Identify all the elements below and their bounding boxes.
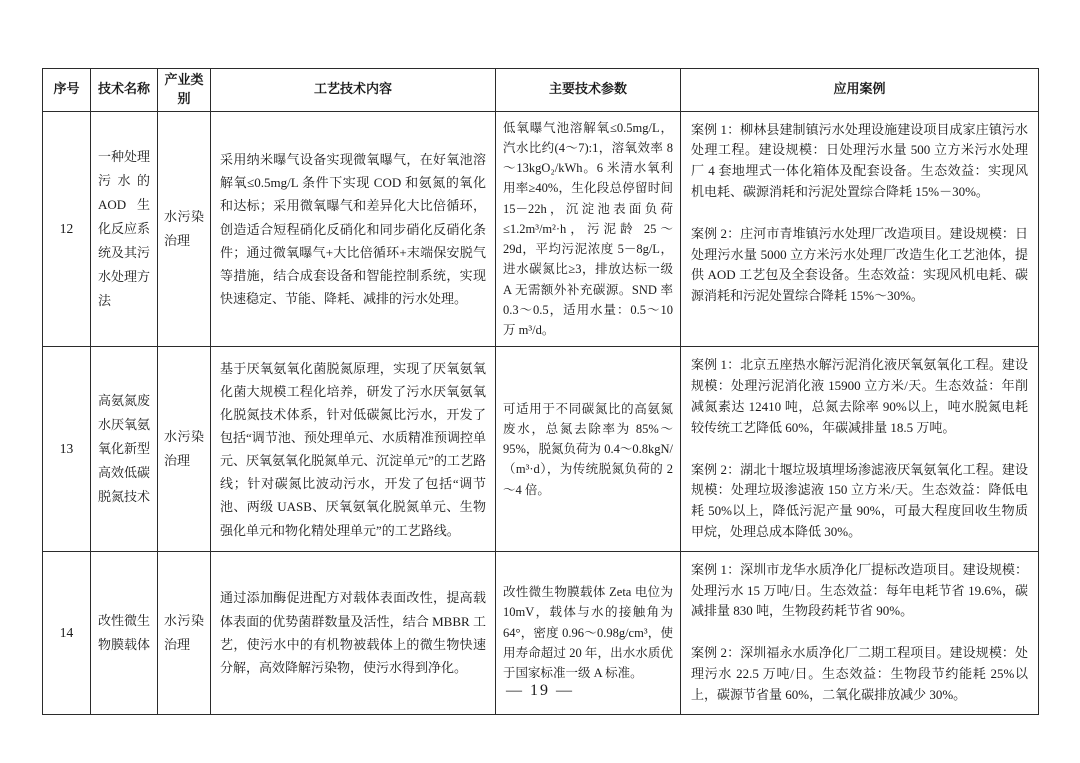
technology-name: 高氨氮废水厌氧氨氧化新型高效低碳脱氮技术: [91, 347, 158, 551]
serial-number: 12: [43, 111, 91, 347]
technical-parameters: 可适用于不同碳氮比的高氨氮废水，总氮去除率为 85%～95%，脱氮负荷为 0.4…: [496, 347, 681, 551]
case-paragraph: 案例 1：深圳市龙华水质净化厂提标改造项目。建设规模：处理污水 15 万吨/日。…: [691, 560, 1028, 622]
technical-parameters: 低氧曝气池溶解氧≤0.5mg/L，汽水比约(4～7):1，溶氧效率 8～13kg…: [496, 111, 681, 347]
header-technical-parameters: 主要技术参数: [496, 69, 681, 112]
case-paragraph: 案例 2：湖北十堰垃圾填埋场渗滤液厌氧氨氧化工程。建设规模：处理垃圾渗滤液 15…: [691, 460, 1028, 543]
header-application-cases: 应用案例: [681, 69, 1039, 112]
case-paragraph: 案例 1：北京五座热水解污泥消化液厌氧氨氧化工程。建设规模：处理污泥消化液 15…: [691, 355, 1028, 438]
industry-category: 水污染治理: [158, 111, 211, 347]
serial-number: 13: [43, 347, 91, 551]
table-row-13: 13 高氨氮废水厌氧氨氧化新型高效低碳脱氮技术 水污染治理 基于厌氧氨氧化菌脱氮…: [43, 347, 1039, 551]
process-content: 采用纳米曝气设备实现微氧曝气，在好氧池溶解氧≤0.5mg/L 条件下实现 COD…: [211, 111, 496, 347]
technology-table: 序号 技术名称 产业类别 工艺技术内容 主要技术参数 应用案例 12 一种处理污…: [42, 68, 1039, 715]
document-page: { "page": { "footer_page_number": "— 19 …: [0, 0, 1080, 763]
header-serial-number: 序号: [43, 69, 91, 112]
header-technology-name: 技术名称: [91, 69, 158, 112]
application-cases: 案例 1：北京五座热水解污泥消化液厌氧氨氧化工程。建设规模：处理污泥消化液 15…: [681, 347, 1039, 551]
application-cases: 案例 1：柳林县建制镇污水处理设施建设项目成家庄镇污水处理工程。建设规模：日处理…: [681, 111, 1039, 347]
header-industry-category: 产业类别: [158, 69, 211, 112]
table-header-row: 序号 技术名称 产业类别 工艺技术内容 主要技术参数 应用案例: [43, 69, 1039, 112]
header-process-content: 工艺技术内容: [211, 69, 496, 112]
case-paragraph: 案例 1：柳林县建制镇污水处理设施建设项目成家庄镇污水处理工程。建设规模：日处理…: [691, 120, 1028, 203]
case-paragraph: 案例 2：庄河市青堆镇污水处理厂改造项目。建设规模：日处理污水量 5000 立方…: [691, 224, 1028, 307]
table-row-12: 12 一种处理污水的 AOD 生化反应系统及其污水处理方法 水污染治理 采用纳米…: [43, 111, 1039, 347]
technology-name: 一种处理污水的 AOD 生化反应系统及其污水处理方法: [91, 111, 158, 347]
process-content: 基于厌氧氨氧化菌脱氮原理，实现了厌氧氨氧化菌大规模工程化培养，研发了污水厌氧氨氧…: [211, 347, 496, 551]
page-number: — 19 —: [0, 682, 1080, 700]
industry-category: 水污染治理: [158, 347, 211, 551]
